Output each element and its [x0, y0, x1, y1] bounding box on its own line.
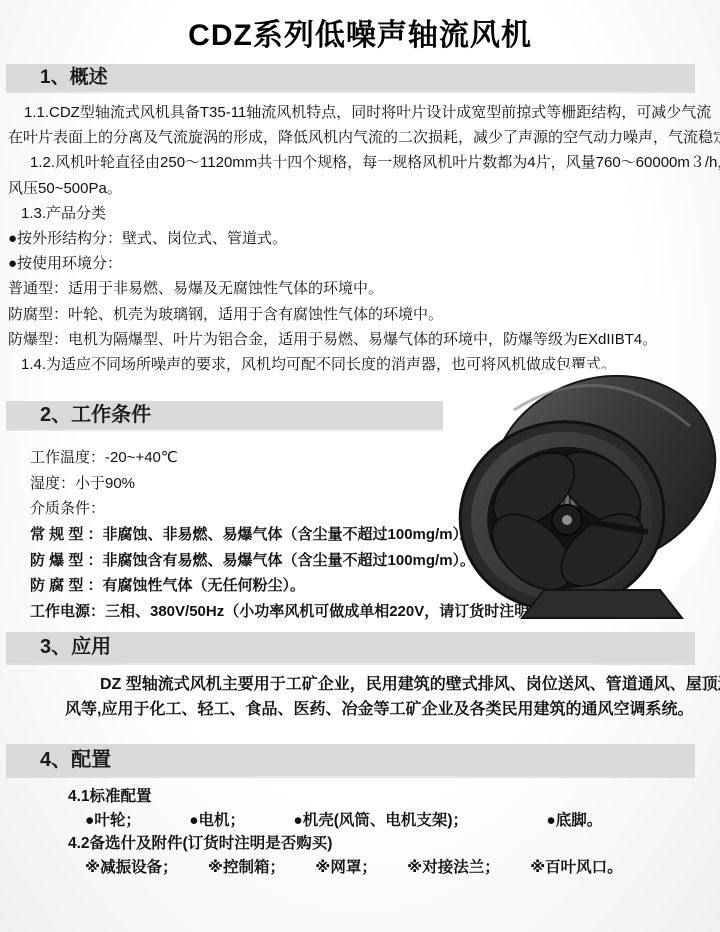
section-2-body: 工作温度：-20~+40℃ 湿度：小于90% 介质条件： 常 规 型 ：非腐蚀、…: [30, 445, 460, 624]
option-item: ※对接法兰；: [407, 856, 500, 880]
paragraph-line: 1.3.产品分类: [8, 201, 718, 226]
section-4-heading: 4、配置: [6, 744, 695, 776]
spec-line: 防 爆 型 ：非腐蚀含有易燃、易爆气体（含尘量不超过100mg/m）。: [30, 548, 460, 574]
paragraph-line: 1.1.CDZ型轴流式风机具备T35-11轴流风机特点，同时将叶片设计成宽型前掠…: [8, 100, 718, 125]
section-4-header-bar: 4、配置: [6, 744, 695, 776]
spec-line: 防 腐 型 ：有腐蚀性气体（无任何粉尘）。: [30, 573, 460, 599]
config-item: ●机壳(风筒、电机支架)；: [293, 809, 468, 833]
section-3-header-bar: 3、应用: [6, 632, 695, 663]
config-item: ●叶轮；: [85, 809, 141, 833]
page-title: CDZ系列低噪声轴流风机: [0, 0, 720, 50]
bullet-line: ●按外形结构分：壁式、岗位式、管道式。: [8, 226, 718, 251]
paragraph-line: 普通型：适用于非易燃、易爆及无腐蚀性气体的环境中。: [8, 276, 718, 301]
config-item: ●电机；: [189, 809, 245, 833]
section-1-body: 1.1.CDZ型轴流式风机具备T35-11轴流风机特点，同时将叶片设计成宽型前掠…: [8, 100, 718, 377]
section-2-header-bar: 2、工作条件: [6, 401, 443, 429]
fan-illustration: [452, 368, 720, 626]
subsection-title: 4.1标准配置: [68, 785, 720, 809]
config-item: ●底脚。: [546, 809, 602, 833]
spec-line: 介质条件：: [30, 496, 460, 522]
section-3-body: DZ 型轴流式风机主要用于工矿企业，民用建筑的壁式排风、岗位送风、管道通风、屋顶…: [0, 672, 720, 722]
section-4-body: 4.1标准配置 ●叶轮； ●电机； ●机壳(风筒、电机支架)； ●底脚。 4.2…: [68, 785, 720, 879]
section-1-header-bar: 1、概述: [6, 64, 695, 91]
paragraph-line: 防腐型：叶轮、机壳为玻璃钢，适用于含有腐蚀性气体的环境中。: [8, 302, 718, 327]
option-item: ※网罩；: [315, 856, 377, 880]
standard-config-items: ●叶轮； ●电机； ●机壳(风筒、电机支架)； ●底脚。: [68, 809, 720, 833]
section-3-heading: 3、应用: [6, 632, 695, 663]
subsection-title: 4.2备选什及附件(订货时注明是否购买): [68, 832, 720, 856]
spec-line: 工作电源：三相、380V/50Hz（小功率风机可做成单相220V，请订货时注明）…: [30, 599, 460, 625]
section-1-heading: 1、概述: [6, 64, 695, 91]
paragraph-line: 在叶片表面上的分离及气流旋涡的形成，降低风机内气流的二次损耗，减少了声源的空气动…: [8, 125, 718, 150]
option-item: ※控制箱；: [208, 856, 285, 880]
option-item: ※减振设备；: [85, 856, 178, 880]
paragraph-line: 风等,应用于化工、轻工、食品、医药、冶金等工矿企业及各类民用建筑的通风空调系统。: [0, 697, 720, 722]
spec-line: 湿度：小于90%: [30, 471, 460, 497]
spec-line: 工作温度：-20~+40℃: [30, 445, 460, 471]
spec-line: 常 规 型 ：非腐蚀、非易燃、易爆气体（含尘量不超过100mg/m）。: [30, 522, 460, 548]
axial-fan-product-photo: [452, 368, 720, 626]
paragraph-line: 1.2.风机叶轮直径由250～1120mm共十四个规格，每一规格风机叶片数都为4…: [8, 150, 718, 175]
paragraph-line: 防爆型：电机为隔爆型、叶片为铝合金，适用于易燃、易爆气体的环境中，防爆等级为EX…: [8, 327, 718, 352]
option-item: ※百叶风口。: [530, 856, 623, 880]
section-2-heading: 2、工作条件: [6, 401, 443, 429]
optional-config-items: ※减振设备； ※控制箱； ※网罩； ※对接法兰； ※百叶风口。: [68, 856, 720, 880]
bullet-line: ●按使用环境分：: [8, 251, 718, 276]
paragraph-line: 风压50~500Pa。: [8, 176, 718, 201]
paragraph-line: DZ 型轴流式风机主要用于工矿企业，民用建筑的壁式排风、岗位送风、管道通风、屋顶…: [0, 672, 720, 697]
document-page: { "page": { "title": "CDZ系列低噪声轴流风机" }, "…: [0, 0, 720, 932]
